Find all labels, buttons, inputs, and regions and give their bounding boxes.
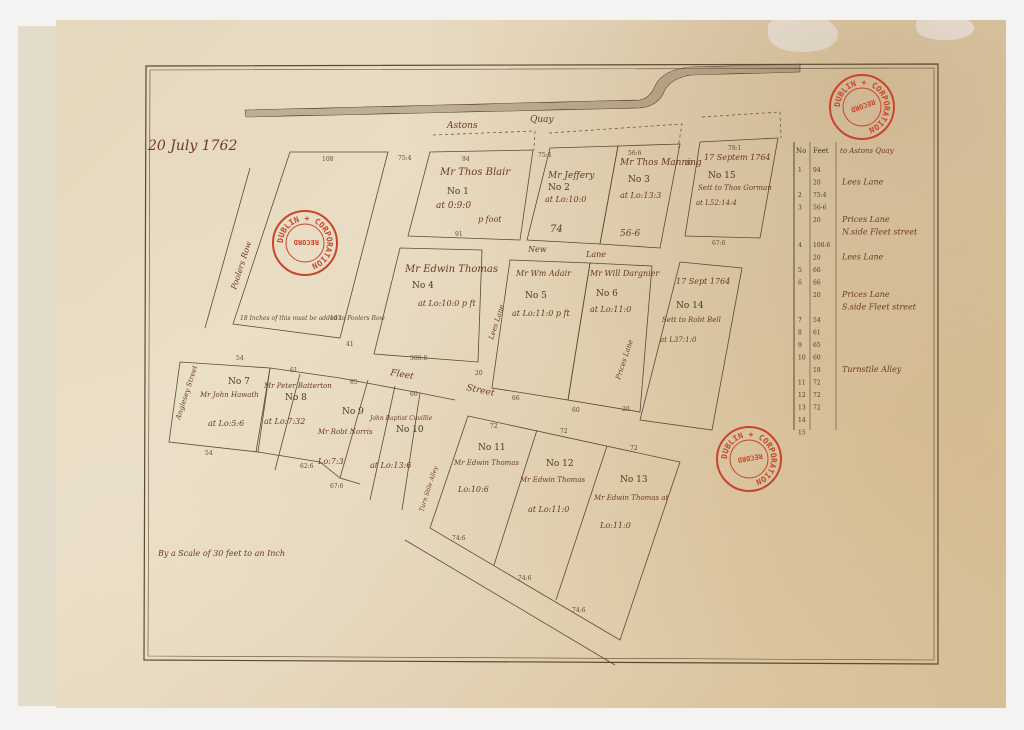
svg-text:18 Inches of this must be adde: 18 Inches of this must be added to Poole… bbox=[240, 315, 386, 322]
table-cell: Lees Lane bbox=[841, 178, 884, 187]
table-cell: Prices Lane bbox=[841, 290, 890, 299]
svg-text:72: 72 bbox=[490, 423, 498, 430]
lot-6-number: No 6 bbox=[596, 289, 618, 299]
lot-8-tenant: Mr Peter Batterton bbox=[263, 382, 332, 390]
lot-annotations: Mr Thos Blair No 1 at 0:9:0 p foot Mr Je… bbox=[199, 153, 772, 530]
table-cell: 20 bbox=[813, 217, 821, 224]
svg-text:to Astons Quay: to Astons Quay bbox=[840, 147, 895, 155]
svg-text:74:6: 74:6 bbox=[452, 535, 466, 542]
street-label-astons: Astons bbox=[446, 121, 478, 131]
svg-text:72: 72 bbox=[560, 428, 568, 435]
svg-text:72: 72 bbox=[630, 445, 638, 452]
svg-text:20: 20 bbox=[622, 406, 630, 413]
lot-4-rent: at Lo:10:0 p ft bbox=[418, 299, 476, 308]
table-cell: 54 bbox=[813, 317, 821, 324]
svg-text:54: 54 bbox=[205, 450, 213, 457]
lot-15-tenant: Sett to Thos Gorman bbox=[698, 184, 772, 192]
svg-text:Feet: Feet bbox=[813, 147, 829, 155]
stamp-dublin-record-2: DUBLIN + CORPORATION RECORD bbox=[830, 75, 894, 139]
lot-11-tenant: Mr Edwin Thomas bbox=[453, 459, 519, 467]
street-label-anglesey-street: Anglesey Street bbox=[174, 364, 199, 421]
lot-7-number: No 7 bbox=[228, 377, 250, 387]
svg-text:RECORD: RECORD bbox=[294, 238, 319, 246]
table-cell: 8 bbox=[798, 330, 802, 337]
street-label-prices-lane: Prices Lane bbox=[614, 339, 635, 382]
lot-2-extra: 74 bbox=[550, 224, 563, 235]
table-cell: 9 bbox=[798, 342, 802, 349]
lot-3-rent: at Lo:13:3 bbox=[620, 191, 661, 200]
lot-14-tenant: Sett to Robt Bell bbox=[662, 316, 721, 324]
street-label-quay: Quay bbox=[530, 115, 555, 125]
lot-14-rent: at L37:1:0 bbox=[660, 336, 697, 344]
table-cell: 66 bbox=[813, 280, 821, 287]
table-cell: 60 bbox=[813, 355, 821, 362]
svg-text:66: 66 bbox=[512, 395, 520, 402]
lot-8-number: No 8 bbox=[285, 393, 307, 403]
lot-2-number: No 2 bbox=[548, 183, 570, 193]
lot-15-rent: at L52:14:4 bbox=[696, 199, 737, 207]
table-cell: 66 bbox=[813, 267, 821, 274]
svg-text:91: 91 bbox=[455, 231, 463, 238]
street-label-poolers-row: Poolers Row bbox=[229, 240, 253, 292]
table-cell: Lees Lane bbox=[841, 253, 884, 262]
lot-1-rent: at 0:9:0 bbox=[436, 201, 471, 211]
table-cell: 20 bbox=[813, 255, 821, 262]
plot-outlines bbox=[169, 138, 778, 665]
table-cell: 1 bbox=[798, 167, 802, 174]
svg-text:67:6: 67:6 bbox=[330, 483, 344, 490]
table-cell: Prices Lane bbox=[841, 215, 890, 224]
street-label-new: New bbox=[527, 245, 547, 254]
table-cell: 12 bbox=[798, 392, 806, 399]
table-cell: 5 bbox=[798, 267, 802, 274]
table-cell: 2 bbox=[798, 192, 802, 199]
lot-4-number: No 4 bbox=[412, 281, 434, 291]
table-cell: 61 bbox=[813, 330, 821, 337]
lot-12-number: No 12 bbox=[546, 459, 574, 469]
lot-13-rent: Lo:11:0 bbox=[599, 521, 631, 530]
svg-text:67:6: 67:6 bbox=[712, 240, 726, 247]
svg-text:60: 60 bbox=[572, 407, 580, 414]
lot-3-extra: 56-6 bbox=[620, 229, 640, 239]
svg-text:94: 94 bbox=[462, 156, 470, 163]
svg-text:75:4: 75:4 bbox=[398, 155, 412, 162]
table-cell: 72 bbox=[813, 380, 821, 387]
street-label-turnstile-alley: Turn Stile Alley bbox=[418, 465, 440, 513]
table-cell: 20 bbox=[813, 292, 821, 299]
svg-text:65: 65 bbox=[350, 379, 358, 386]
lot-12-tenant: Mr Edwin Thomas bbox=[519, 476, 585, 484]
table-cell: 13 bbox=[798, 405, 806, 412]
lot-4-tenant: Mr Edwin Thomas bbox=[404, 264, 498, 275]
survey-map: Astons Quay New Lane Fleet Street Pooler… bbox=[0, 0, 1024, 730]
table-cell: 3 bbox=[798, 205, 802, 212]
lot-11-rent: Lo:10:6 bbox=[457, 485, 489, 494]
table-cell: 72 bbox=[813, 392, 821, 399]
svg-text:54: 54 bbox=[236, 355, 244, 362]
lot-13-tenant: Mr Edwin Thomas at bbox=[593, 494, 668, 502]
street-label-street: Street bbox=[465, 383, 495, 399]
table-cell: 18 bbox=[813, 367, 821, 374]
svg-text:20: 20 bbox=[475, 370, 483, 377]
street-label-lane: Lane bbox=[585, 250, 606, 259]
svg-text:RECORD: RECORD bbox=[850, 98, 877, 114]
table-cell: 11 bbox=[798, 380, 806, 387]
lot-3-tenant: Mr Thos Manning bbox=[619, 158, 702, 168]
table-cell: 72 bbox=[813, 405, 821, 412]
lot-13-number: No 13 bbox=[620, 475, 648, 485]
stamp-dublin-record-1: DUBLIN + CORPORATION RECORD bbox=[273, 211, 337, 275]
svg-text:78:1: 78:1 bbox=[728, 145, 741, 152]
svg-text:108: 108 bbox=[322, 156, 334, 163]
table-cell: 94 bbox=[813, 167, 821, 174]
lot-14-date: 17 Sept 1764 bbox=[676, 277, 730, 286]
table-cell: 10 bbox=[798, 355, 806, 362]
svg-text:No: No bbox=[796, 147, 806, 155]
table-cell: 15 bbox=[798, 430, 806, 437]
date-note: 20 July 1762 bbox=[147, 138, 237, 154]
table-cell: 20 bbox=[813, 180, 821, 187]
lot-9-number: No 9 bbox=[342, 407, 364, 417]
table-cell: 75:4 bbox=[813, 192, 827, 199]
lot-12-rent: at Lo:11:0 bbox=[528, 505, 569, 514]
lot-6-tenant: Mr Will Dargnier bbox=[589, 269, 660, 278]
table-cell: N.side Fleet street bbox=[841, 228, 918, 237]
dimension-numbers: 108 75:4 94 91 75:4 56:6 78:1 67:6 20 10… bbox=[205, 145, 741, 614]
lot-2-rent: at Lo:10:0 bbox=[545, 195, 586, 204]
lot-9-tenant: Mr Robt Norris bbox=[317, 428, 373, 436]
lot-11-number: No 11 bbox=[478, 443, 506, 453]
lot-1-tenant: Mr Thos Blair bbox=[439, 167, 511, 178]
street-label-fleet: Fleet bbox=[388, 368, 414, 382]
lot-14-number: No 14 bbox=[676, 301, 704, 311]
lot-2-tenant: Mr Jeffery bbox=[547, 171, 595, 181]
table-cell: 7 bbox=[798, 317, 802, 324]
lot-7-tenant: Mr John Hawath bbox=[199, 391, 259, 399]
lot-10-tenant: John Baptist Cuvillie bbox=[368, 415, 433, 422]
scale-note: By a Scale of 30 feet to an Inch bbox=[157, 549, 285, 558]
table-cell: 65 bbox=[813, 342, 821, 349]
lot-7-rent: at Lo:5:6 bbox=[208, 419, 244, 428]
svg-text:62:6: 62:6 bbox=[300, 463, 314, 470]
table-cell: 6 bbox=[798, 280, 802, 287]
lot-15-number: No 15 bbox=[708, 171, 736, 181]
poolers-row-note: 18 Inches of this must be added to Poole… bbox=[240, 315, 386, 322]
svg-text:74:6: 74:6 bbox=[572, 607, 586, 614]
svg-text:300:6: 300:6 bbox=[410, 355, 427, 362]
table-cell: 100-6 bbox=[813, 242, 830, 249]
table-cell: 4 bbox=[798, 242, 802, 249]
lot-1-extra: p foot bbox=[478, 215, 502, 224]
svg-text:75:4: 75:4 bbox=[538, 152, 552, 159]
lot-6-rent: at Lo:11:0 bbox=[590, 305, 631, 314]
lot-9-rent: Lo:7:3 bbox=[317, 457, 344, 466]
table-cell: 14 bbox=[798, 417, 806, 424]
svg-text:74:6: 74:6 bbox=[518, 575, 532, 582]
lot-1-number: No 1 bbox=[447, 187, 469, 197]
quay-wall bbox=[245, 64, 800, 117]
lot-10-number: No 10 bbox=[396, 425, 424, 435]
lot-8-rent: at Lo:7:32 bbox=[264, 417, 305, 426]
stamp-dublin-record-3: DUBLIN + CORPORATION RECORD bbox=[717, 427, 781, 491]
lot-3-number: No 3 bbox=[628, 175, 650, 185]
table-cell: S.side Fleet street bbox=[842, 303, 917, 312]
table-cell: 56-6 bbox=[813, 205, 827, 212]
svg-text:60: 60 bbox=[410, 391, 418, 398]
svg-text:56:6: 56:6 bbox=[628, 150, 642, 157]
reference-table-rows: 19420Lees Lane275:4356-620Prices LaneN.s… bbox=[798, 167, 918, 437]
svg-text:41: 41 bbox=[346, 341, 354, 348]
lot-15-date: 17 Septem 1764 bbox=[704, 153, 771, 162]
lot-5-tenant: Mr Wm Adair bbox=[515, 269, 572, 278]
table-cell: Turnstile Alley bbox=[842, 365, 902, 374]
svg-text:RECORD: RECORD bbox=[737, 452, 763, 464]
lot-5-number: No 5 bbox=[525, 291, 547, 301]
lot-5-rent: at Lo:11:0 p ft bbox=[512, 309, 570, 318]
lot-10-rent: at Lo:13:6 bbox=[370, 461, 411, 470]
svg-text:61: 61 bbox=[290, 367, 298, 374]
